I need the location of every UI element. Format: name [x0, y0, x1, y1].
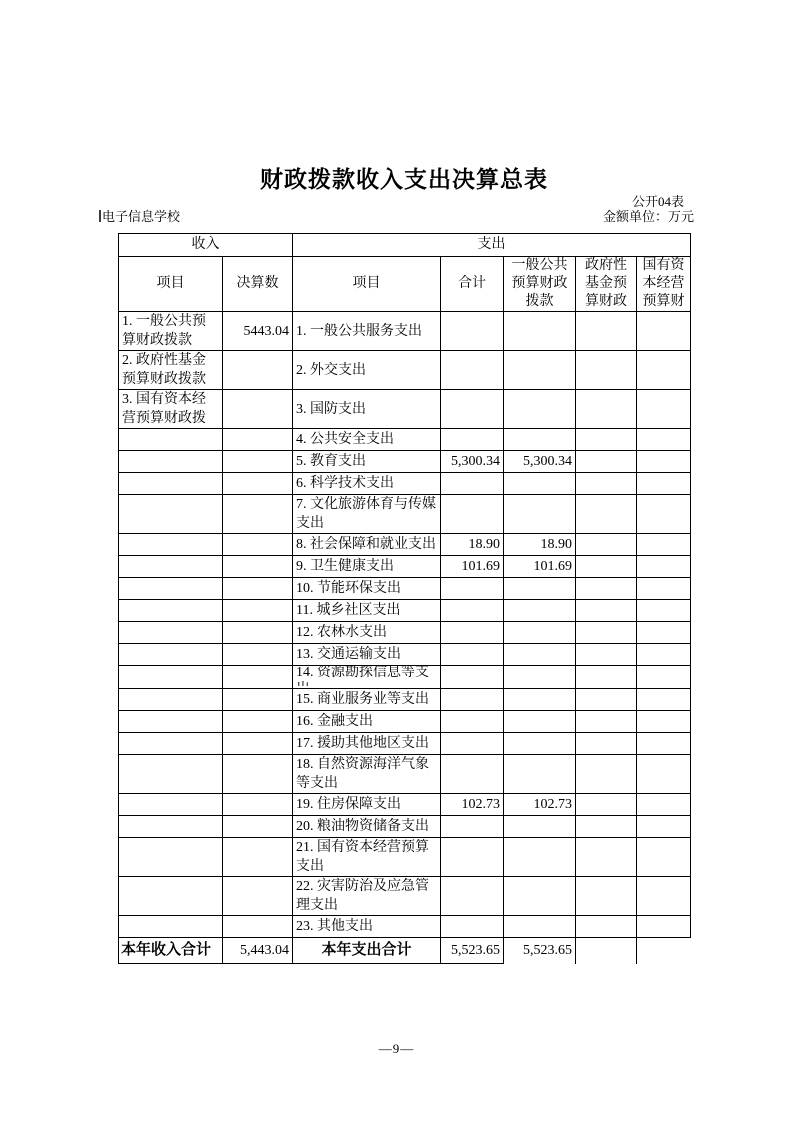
- expense-total-value-cell: 5,523.65: [441, 938, 504, 964]
- table-body: 1. 一般公共预算财政拨款5443.041. 一般公共服务支出2. 政府性基金预…: [119, 312, 691, 938]
- income-value-cell: [223, 495, 293, 534]
- income-value-cell: [223, 390, 293, 429]
- general-public-budget-cell: [504, 622, 576, 644]
- income-item-cell: [119, 916, 223, 938]
- general-public-budget-cell: [504, 916, 576, 938]
- col-header-income-item: 项目: [119, 257, 223, 312]
- government-fund-cell: [576, 711, 637, 733]
- expense-total-cell: 18.90: [441, 534, 504, 556]
- income-item-cell: [119, 473, 223, 495]
- table-column-header-row: 项目 决算数 项目 合计 一般公共预算财政拨款 政府性基金预算财政 国有资本经营…: [119, 257, 691, 312]
- expense-total-cell: [441, 622, 504, 644]
- income-value-cell: [223, 816, 293, 838]
- table-row: 4. 公共安全支出: [119, 429, 691, 451]
- expense-item-cell: 16. 金融支出: [293, 711, 441, 733]
- income-value-cell: [223, 451, 293, 473]
- page-number: —9—: [0, 1041, 793, 1057]
- state-capital-cell: [637, 351, 691, 390]
- income-total-value-cell: 5,443.04: [223, 938, 293, 964]
- state-capital-cell: [637, 495, 691, 534]
- income-item-cell: [119, 794, 223, 816]
- income-value-cell: [223, 578, 293, 600]
- general-public-budget-cell: 18.90: [504, 534, 576, 556]
- income-value-cell: [223, 600, 293, 622]
- expense-item-cell: 21. 国有资本经营预算支出: [293, 838, 441, 877]
- income-item-cell: [119, 600, 223, 622]
- state-capital-cell: [637, 390, 691, 429]
- income-value-cell: [223, 666, 293, 689]
- state-capital-cell: [637, 711, 691, 733]
- clipped-character-fragment: [99, 210, 101, 222]
- income-item-cell: [119, 733, 223, 755]
- expense-total-cell: 101.69: [441, 556, 504, 578]
- expense-total-cell: [441, 733, 504, 755]
- government-fund-cell: [576, 755, 637, 794]
- col-header-general-public-budget: 一般公共预算财政拨款: [504, 257, 576, 312]
- general-public-budget-cell: [504, 600, 576, 622]
- government-fund-cell: [576, 429, 637, 451]
- income-item-cell: [119, 534, 223, 556]
- government-fund-cell: [576, 816, 637, 838]
- expense-item-cell: 17. 援助其他地区支出: [293, 733, 441, 755]
- income-item-cell: [119, 622, 223, 644]
- government-fund-cell: [576, 689, 637, 711]
- table-row: 1. 一般公共预算财政拨款5443.041. 一般公共服务支出: [119, 312, 691, 351]
- table-row: 12. 农林水支出: [119, 622, 691, 644]
- income-value-cell: 5443.04: [223, 312, 293, 351]
- income-item-cell: [119, 877, 223, 916]
- amount-unit-label: 金额单位：万元: [603, 208, 694, 225]
- income-value-cell: [223, 794, 293, 816]
- government-fund-cell: [576, 916, 637, 938]
- expense-total-general-public-cell: 5,523.65: [504, 938, 576, 964]
- expense-item-cell: 20. 粮油物资储备支出: [293, 816, 441, 838]
- state-capital-cell: [637, 733, 691, 755]
- government-fund-cell: [576, 733, 637, 755]
- expense-item-cell: 19. 住房保障支出: [293, 794, 441, 816]
- government-fund-cell: [576, 644, 637, 666]
- table-row: 11. 城乡社区支出: [119, 600, 691, 622]
- income-group-header: 收入: [119, 234, 293, 257]
- government-fund-cell: [576, 838, 637, 877]
- table-row: 19. 住房保障支出102.73102.73: [119, 794, 691, 816]
- income-value-cell: [223, 877, 293, 916]
- general-public-budget-cell: [504, 578, 576, 600]
- government-fund-cell: [576, 578, 637, 600]
- expense-total-cell: [441, 689, 504, 711]
- expense-total-cell: [441, 916, 504, 938]
- expense-total-cell: [441, 429, 504, 451]
- expense-total-cell: [441, 495, 504, 534]
- government-fund-cell: [576, 794, 637, 816]
- table-row: 23. 其他支出: [119, 916, 691, 938]
- table-row: 9. 卫生健康支出101.69101.69: [119, 556, 691, 578]
- state-capital-cell: [637, 451, 691, 473]
- expense-total-cell: [441, 838, 504, 877]
- table-row: 3. 国有资本经营预算财政拨3. 国防支出: [119, 390, 691, 429]
- expense-total-cell: [441, 600, 504, 622]
- expense-total-cell: [441, 644, 504, 666]
- income-item-cell: 3. 国有资本经营预算财政拨: [119, 390, 223, 429]
- government-fund-cell: [576, 622, 637, 644]
- income-value-cell: [223, 473, 293, 495]
- general-public-budget-cell: [504, 816, 576, 838]
- expense-total-cell: 5,300.34: [441, 451, 504, 473]
- expense-item-cell: 4. 公共安全支出: [293, 429, 441, 451]
- income-value-cell: [223, 644, 293, 666]
- expense-total-cell: [441, 816, 504, 838]
- table-row: 18. 自然资源海洋气象等支出: [119, 755, 691, 794]
- government-fund-cell: [576, 666, 637, 689]
- income-item-cell: 1. 一般公共预算财政拨款: [119, 312, 223, 351]
- expense-total-cell: [441, 390, 504, 429]
- document-page: 财政拨款收入支出决算总表 公开04表 电子信息学校 金额单位：万元 收入 支出 …: [0, 0, 793, 1122]
- income-item-cell: [119, 578, 223, 600]
- state-capital-cell: [637, 689, 691, 711]
- general-public-budget-cell: [504, 495, 576, 534]
- expense-item-cell: 7. 文化旅游体育与传媒支出: [293, 495, 441, 534]
- income-item-cell: [119, 451, 223, 473]
- income-item-cell: [119, 838, 223, 877]
- general-public-budget-cell: [504, 689, 576, 711]
- expense-total-label-cell: 本年支出合计: [293, 938, 441, 964]
- income-item-cell: [119, 816, 223, 838]
- state-capital-cell: [637, 473, 691, 495]
- general-public-budget-cell: [504, 877, 576, 916]
- government-fund-cell: [576, 473, 637, 495]
- expense-item-cell: 5. 教育支出: [293, 451, 441, 473]
- expense-total-cell: 102.73: [441, 794, 504, 816]
- col-header-expense-item: 项目: [293, 257, 441, 312]
- state-capital-cell: [637, 312, 691, 351]
- table-row: 20. 粮油物资储备支出: [119, 816, 691, 838]
- expense-item-cell: 12. 农林水支出: [293, 622, 441, 644]
- general-public-budget-cell: [504, 429, 576, 451]
- totals-row: 本年收入合计 5,443.04 本年支出合计 5,523.65 5,523.65: [119, 938, 691, 964]
- general-public-budget-cell: [504, 711, 576, 733]
- state-capital-cell: [637, 534, 691, 556]
- expense-item-cell: 1. 一般公共服务支出: [293, 312, 441, 351]
- table-row: 21. 国有资本经营预算支出: [119, 838, 691, 877]
- government-fund-cell: [576, 534, 637, 556]
- expense-group-header: 支出: [293, 234, 691, 257]
- state-capital-cell: [637, 838, 691, 877]
- expense-total-cell: [441, 351, 504, 390]
- income-value-cell: [223, 689, 293, 711]
- general-public-budget-cell: [504, 733, 576, 755]
- income-item-cell: [119, 666, 223, 689]
- income-total-label-cell: 本年收入合计: [119, 938, 223, 964]
- income-item-cell: [119, 644, 223, 666]
- state-capital-cell: [637, 916, 691, 938]
- income-value-cell: [223, 351, 293, 390]
- state-capital-cell: [637, 578, 691, 600]
- state-capital-cell: [637, 794, 691, 816]
- general-public-budget-cell: [504, 390, 576, 429]
- government-fund-cell: [576, 495, 637, 534]
- table-row: 17. 援助其他地区支出: [119, 733, 691, 755]
- general-public-budget-cell: [504, 644, 576, 666]
- col-header-income-value: 决算数: [223, 257, 293, 312]
- expense-item-cell: 6. 科学技术支出: [293, 473, 441, 495]
- expense-item-cell: 8. 社会保障和就业支出: [293, 534, 441, 556]
- expense-total-cell: [441, 666, 504, 689]
- state-capital-cell: [637, 644, 691, 666]
- income-item-cell: [119, 556, 223, 578]
- expense-total-cell: [441, 711, 504, 733]
- income-item-cell: 2. 政府性基金预算财政拨款: [119, 351, 223, 390]
- government-fund-cell: [576, 390, 637, 429]
- income-value-cell: [223, 622, 293, 644]
- general-public-budget-cell: 102.73: [504, 794, 576, 816]
- income-item-cell: [119, 495, 223, 534]
- table-row: 16. 金融支出: [119, 711, 691, 733]
- expense-total-cell: [441, 473, 504, 495]
- table-group-header-row: 收入 支出: [119, 234, 691, 257]
- expense-item-cell: 10. 节能环保支出: [293, 578, 441, 600]
- state-capital-cell: [637, 600, 691, 622]
- government-fund-cell: [576, 600, 637, 622]
- income-value-cell: [223, 733, 293, 755]
- col-header-total: 合计: [441, 257, 504, 312]
- expense-total-cell: [441, 755, 504, 794]
- table-row: 14. 资源勘探信息等支出: [119, 666, 691, 689]
- income-value-cell: [223, 534, 293, 556]
- state-capital-cell: [637, 622, 691, 644]
- expense-item-cell: 3. 国防支出: [293, 390, 441, 429]
- table-row: 6. 科学技术支出: [119, 473, 691, 495]
- expense-item-cell: 13. 交通运输支出: [293, 644, 441, 666]
- table-row: 7. 文化旅游体育与传媒支出: [119, 495, 691, 534]
- state-capital-cell: [637, 666, 691, 689]
- page-title: 财政拨款收入支出决算总表: [118, 161, 690, 194]
- meta-row: 电子信息学校 金额单位：万元: [99, 208, 694, 225]
- unit-name: 电子信息学校: [99, 208, 180, 225]
- income-item-cell: [119, 711, 223, 733]
- state-capital-cell: [637, 755, 691, 794]
- state-capital-cell: [637, 877, 691, 916]
- unit-name-text: 电子信息学校: [102, 209, 180, 224]
- income-item-cell: [119, 429, 223, 451]
- table-row: 10. 节能环保支出: [119, 578, 691, 600]
- expense-total-cell: [441, 578, 504, 600]
- expense-total-government-fund-cell: [576, 938, 637, 964]
- expense-total-cell: [441, 312, 504, 351]
- income-value-cell: [223, 916, 293, 938]
- state-capital-cell: [637, 429, 691, 451]
- expense-item-cell: 18. 自然资源海洋气象等支出: [293, 755, 441, 794]
- expense-item-cell: 2. 外交支出: [293, 351, 441, 390]
- income-value-cell: [223, 755, 293, 794]
- general-public-budget-cell: [504, 473, 576, 495]
- general-public-budget-cell: [504, 755, 576, 794]
- expense-item-cell: 22. 灾害防治及应急管理支出: [293, 877, 441, 916]
- expense-item-cell: 15. 商业服务业等支出: [293, 689, 441, 711]
- government-fund-cell: [576, 451, 637, 473]
- government-fund-cell: [576, 351, 637, 390]
- income-item-cell: [119, 689, 223, 711]
- expense-total-cell: [441, 877, 504, 916]
- table-row: 2. 政府性基金预算财政拨款2. 外交支出: [119, 351, 691, 390]
- general-public-budget-cell: [504, 666, 576, 689]
- general-public-budget-cell: [504, 351, 576, 390]
- fiscal-appropriation-table: 收入 支出 项目 决算数 项目 合计 一般公共预算财政拨款 政府性基金预算财政 …: [118, 233, 691, 964]
- income-value-cell: [223, 429, 293, 451]
- government-fund-cell: [576, 877, 637, 916]
- state-capital-cell: [637, 556, 691, 578]
- table-row: 15. 商业服务业等支出: [119, 689, 691, 711]
- expense-item-cell: 11. 城乡社区支出: [293, 600, 441, 622]
- col-header-government-fund-budget: 政府性基金预算财政: [576, 257, 637, 312]
- table-row: 5. 教育支出5,300.345,300.34: [119, 451, 691, 473]
- table-row: 22. 灾害防治及应急管理支出: [119, 877, 691, 916]
- general-public-budget-cell: 101.69: [504, 556, 576, 578]
- expense-item-cell: 14. 资源勘探信息等支出: [293, 666, 441, 689]
- col-header-state-capital-budget: 国有资本经营预算财: [637, 257, 691, 312]
- state-capital-cell: [637, 816, 691, 838]
- general-public-budget-cell: 5,300.34: [504, 451, 576, 473]
- government-fund-cell: [576, 556, 637, 578]
- expense-total-state-capital-cell: [637, 938, 691, 964]
- expense-item-cell: 9. 卫生健康支出: [293, 556, 441, 578]
- income-value-cell: [223, 711, 293, 733]
- government-fund-cell: [576, 312, 637, 351]
- general-public-budget-cell: [504, 312, 576, 351]
- table-row: 13. 交通运输支出: [119, 644, 691, 666]
- table-row: 8. 社会保障和就业支出18.9018.90: [119, 534, 691, 556]
- income-value-cell: [223, 556, 293, 578]
- general-public-budget-cell: [504, 838, 576, 877]
- income-value-cell: [223, 838, 293, 877]
- expense-item-cell: 23. 其他支出: [293, 916, 441, 938]
- income-item-cell: [119, 755, 223, 794]
